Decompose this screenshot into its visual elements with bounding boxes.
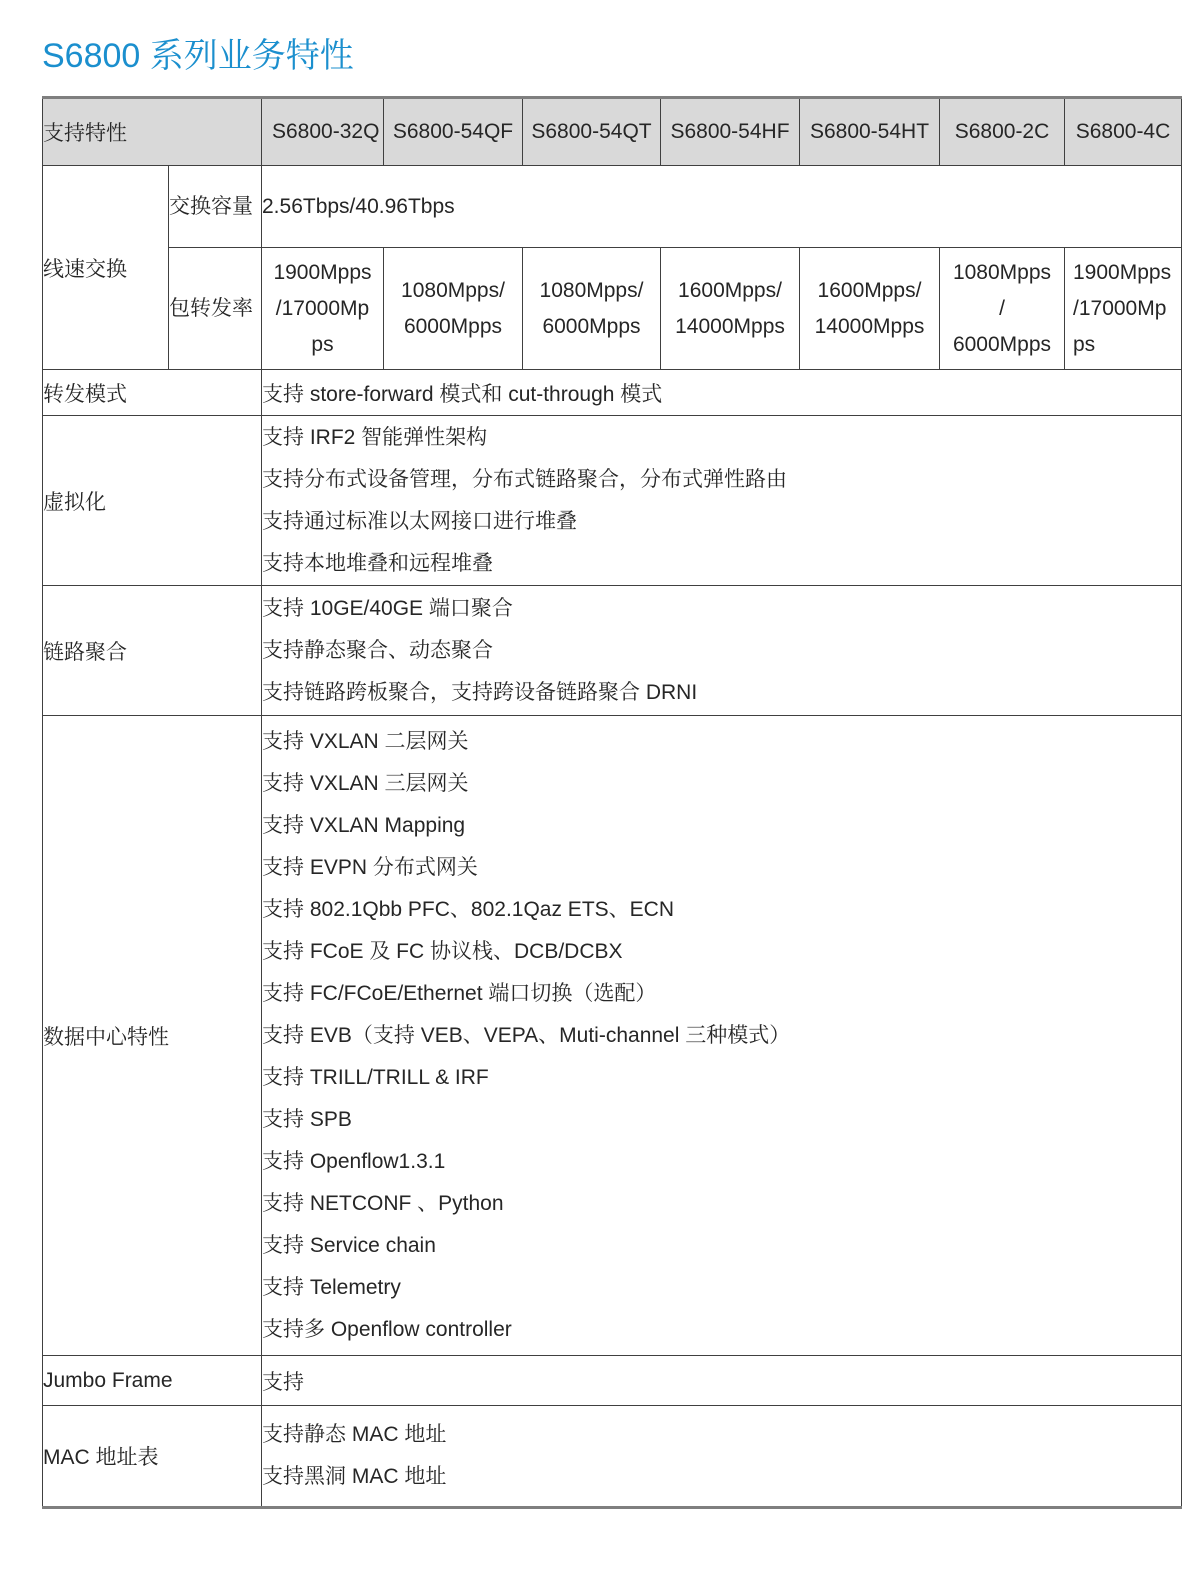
text-line: 1900Mpps bbox=[1073, 255, 1181, 291]
text-line: 1900Mpps bbox=[262, 255, 383, 291]
text-line: /17000Mp bbox=[262, 291, 383, 327]
text-line: 6000Mpps bbox=[384, 309, 522, 345]
cell-rate-s6800-2c: 1080Mpps/6000Mpps bbox=[940, 248, 1065, 370]
cell-rate-s6800-54qt: 1080Mpps/6000Mpps bbox=[523, 248, 661, 370]
text-line: 支持 Service chain bbox=[262, 1225, 1181, 1267]
text-line: /17000Mp bbox=[1073, 291, 1181, 327]
text-line: ps bbox=[1073, 327, 1181, 363]
table-row-link-aggregation: 链路聚合 支持 10GE/40GE 端口聚合支持静态聚合、动态聚合支持链路跨板聚… bbox=[43, 586, 1182, 716]
row-label-virtualization: 虚拟化 bbox=[43, 416, 262, 586]
text-line: 支持本地堆叠和远程堆叠 bbox=[262, 543, 1181, 585]
sublabel-packet-forwarding: 包转发率 bbox=[169, 248, 262, 370]
cell-mac-table: 支持静态 MAC 地址支持黑洞 MAC 地址 bbox=[262, 1406, 1182, 1508]
text-line: 支持 EVPN 分布式网关 bbox=[262, 847, 1181, 889]
header-model-s6800-54qt: S6800-54QT bbox=[523, 98, 661, 166]
text-line: 支持静态聚合、动态聚合 bbox=[262, 630, 1181, 672]
text-line: 1600Mpps/ bbox=[800, 273, 939, 309]
header-model-s6800-54qf: S6800-54QF bbox=[384, 98, 523, 166]
header-model-s6800-32q: S6800-32Q bbox=[262, 98, 384, 166]
text-line: 1080Mpps/ bbox=[384, 273, 522, 309]
header-model-s6800-54hf: S6800-54HF bbox=[661, 98, 800, 166]
header-feature-label: 支持特性 bbox=[43, 98, 262, 166]
features-table: 支持特性 S6800-32Q S6800-54QF S6800-54QT S68… bbox=[42, 96, 1182, 1509]
row-label-mac-table: MAC 地址表 bbox=[43, 1406, 262, 1508]
cell-rate-s6800-32q: 1900Mpps/17000Mpps bbox=[262, 248, 384, 370]
cell-rate-s6800-54ht: 1600Mpps/14000Mpps bbox=[800, 248, 940, 370]
text-line: / bbox=[940, 291, 1064, 327]
datasheet-page: S6800 系列业务特性 支持特性 S6800-32Q S6800-54QF S… bbox=[0, 0, 1200, 1583]
table-header-row: 支持特性 S6800-32Q S6800-54QF S6800-54QT S68… bbox=[43, 98, 1182, 166]
table-row-mac-table: MAC 地址表 支持静态 MAC 地址支持黑洞 MAC 地址 bbox=[43, 1406, 1182, 1508]
table-row-forwarding-mode: 转发模式 支持 store-forward 模式和 cut-through 模式 bbox=[43, 370, 1182, 416]
text-line: 6000Mpps bbox=[523, 309, 660, 345]
sublabel-switching-capacity: 交换容量 bbox=[169, 166, 262, 248]
header-model-s6800-2c: S6800-2C bbox=[940, 98, 1065, 166]
text-line: 支持多 Openflow controller bbox=[262, 1309, 1181, 1351]
text-line: 支持 10GE/40GE 端口聚合 bbox=[262, 588, 1181, 630]
cell-rate-s6800-54hf: 1600Mpps/14000Mpps bbox=[661, 248, 800, 370]
text-line: 支持分布式设备管理，分布式链路聚合，分布式弹性路由 bbox=[262, 459, 1181, 501]
text-line: 支持 NETCONF 、Python bbox=[262, 1183, 1181, 1225]
text-line: 支持 EVB（支持 VEB、VEPA、Muti-channel 三种模式） bbox=[262, 1015, 1181, 1057]
text-line: 14000Mpps bbox=[800, 309, 939, 345]
text-line: 支持 FCoE 及 FC 协议栈、DCB/DCBX bbox=[262, 931, 1181, 973]
text-line: 支持 SPB bbox=[262, 1099, 1181, 1141]
header-model-s6800-4c: S6800-4C bbox=[1065, 98, 1182, 166]
cell-forwarding-mode: 支持 store-forward 模式和 cut-through 模式 bbox=[262, 370, 1182, 416]
text-line: ps bbox=[262, 327, 383, 363]
table-row-virtualization: 虚拟化 支持 IRF2 智能弹性架构支持分布式设备管理，分布式链路聚合，分布式弹… bbox=[43, 416, 1182, 586]
text-line: 支持通过标准以太网接口进行堆叠 bbox=[262, 501, 1181, 543]
cell-virtualization: 支持 IRF2 智能弹性架构支持分布式设备管理，分布式链路聚合，分布式弹性路由支… bbox=[262, 416, 1182, 586]
table-row-packet-forwarding: 包转发率 1900Mpps/17000Mpps 1080Mpps/6000Mpp… bbox=[43, 248, 1182, 370]
text-line: 1080Mpps/ bbox=[523, 273, 660, 309]
text-line: 支持 FC/FCoE/Ethernet 端口切换（选配） bbox=[262, 973, 1181, 1015]
text-line: 支持链路跨板聚合，支持跨设备链路聚合 DRNI bbox=[262, 672, 1181, 714]
cell-rate-s6800-4c: 1900Mpps/17000Mpps bbox=[1065, 248, 1182, 370]
table-row-datacenter: 数据中心特性 支持 VXLAN 二层网关支持 VXLAN 三层网关支持 VXLA… bbox=[43, 716, 1182, 1356]
table-row-switching-capacity: 线速交换 交换容量 2.56Tbps/40.96Tbps bbox=[43, 166, 1182, 248]
text-line: 支持黑洞 MAC 地址 bbox=[262, 1456, 1181, 1498]
row-label-link-aggregation: 链路聚合 bbox=[43, 586, 262, 716]
text-line: 支持静态 MAC 地址 bbox=[262, 1414, 1181, 1456]
text-line: 1600Mpps/ bbox=[661, 273, 799, 309]
text-line: 支持 Openflow1.3.1 bbox=[262, 1141, 1181, 1183]
text-line: 支持 VXLAN Mapping bbox=[262, 805, 1181, 847]
text-line: 6000Mpps bbox=[940, 327, 1064, 363]
row-label-datacenter: 数据中心特性 bbox=[43, 716, 262, 1356]
row-label-jumbo-frame: Jumbo Frame bbox=[43, 1356, 262, 1406]
cell-rate-s6800-54qf: 1080Mpps/6000Mpps bbox=[384, 248, 523, 370]
text-line: 支持 802.1Qbb PFC、802.1Qaz ETS、ECN bbox=[262, 889, 1181, 931]
cell-jumbo-frame: 支持 bbox=[262, 1356, 1182, 1406]
text-line: 支持 IRF2 智能弹性架构 bbox=[262, 417, 1181, 459]
page-title: S6800 系列业务特性 bbox=[42, 34, 1200, 78]
table-row-jumbo-frame: Jumbo Frame 支持 bbox=[43, 1356, 1182, 1406]
text-line: 支持 Telemetry bbox=[262, 1267, 1181, 1309]
row-label-forwarding-mode: 转发模式 bbox=[43, 370, 262, 416]
cell-switching-capacity: 2.56Tbps/40.96Tbps bbox=[262, 166, 1182, 248]
text-line: 支持 VXLAN 二层网关 bbox=[262, 721, 1181, 763]
header-model-s6800-54ht: S6800-54HT bbox=[800, 98, 940, 166]
row-label-wire-speed: 线速交换 bbox=[43, 166, 169, 370]
text-line: 支持 VXLAN 三层网关 bbox=[262, 763, 1181, 805]
text-line: 14000Mpps bbox=[661, 309, 799, 345]
cell-datacenter: 支持 VXLAN 二层网关支持 VXLAN 三层网关支持 VXLAN Mappi… bbox=[262, 716, 1182, 1356]
cell-link-aggregation: 支持 10GE/40GE 端口聚合支持静态聚合、动态聚合支持链路跨板聚合，支持跨… bbox=[262, 586, 1182, 716]
text-line: 支持 TRILL/TRILL & IRF bbox=[262, 1057, 1181, 1099]
text-line: 1080Mpps bbox=[940, 255, 1064, 291]
